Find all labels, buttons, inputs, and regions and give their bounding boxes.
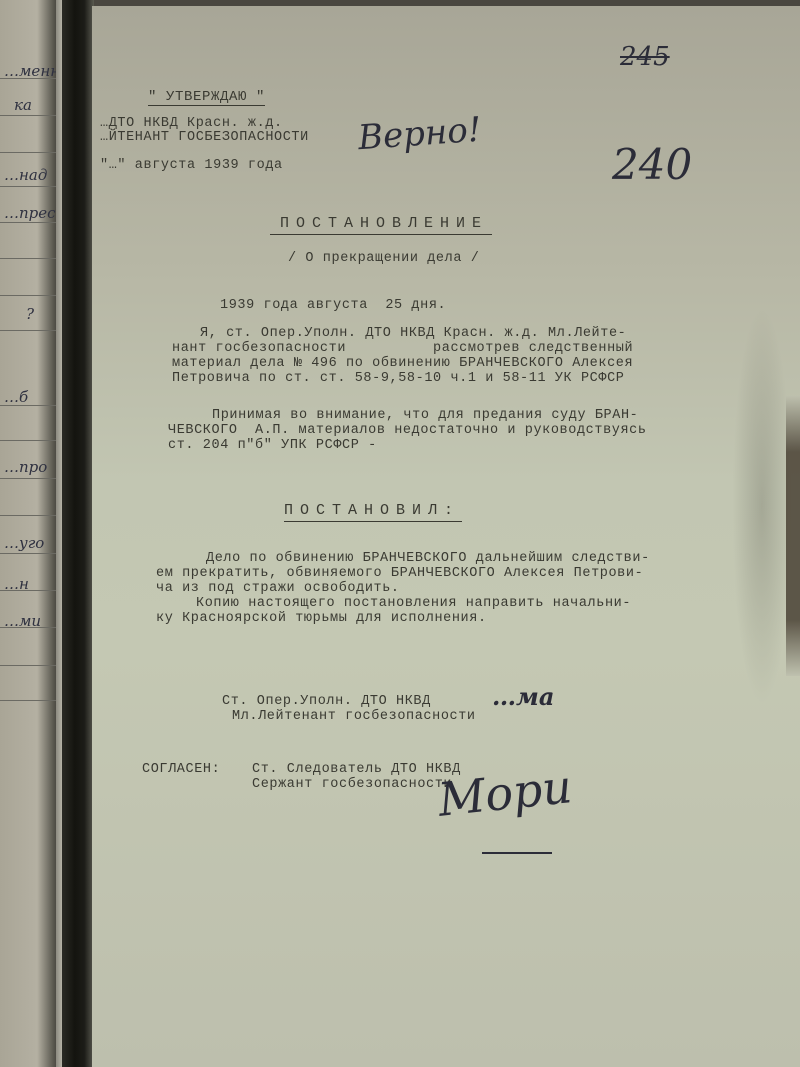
handwriting-fragment: …ми bbox=[4, 612, 41, 630]
resolved-heading: ПОСТАНОВИЛ: bbox=[284, 503, 462, 522]
approval-line-1: …ДТО НКВД Красн. ж.д. bbox=[100, 116, 283, 131]
intro-line: материал дела № 496 по обвинению БРАНЧЕВ… bbox=[172, 356, 633, 371]
handwriting-fragment: …менн bbox=[4, 62, 60, 80]
page-number-new: 240 bbox=[612, 140, 692, 189]
document-subtitle: / О прекращении дела / bbox=[288, 251, 479, 266]
document-title: ПОСТАНОВЛЕНИЕ bbox=[270, 216, 492, 235]
approval-line-2: …ЙТЕНАНТ ГОСБЕЗОПАСНОСТИ bbox=[100, 130, 309, 145]
resolution-line: ем прекратить, обвиняемого БРАНЧЕВСКОГО … bbox=[156, 566, 643, 581]
handwriting-fragment: …н bbox=[4, 575, 29, 593]
signature-1: …ма bbox=[492, 682, 554, 711]
considering-line: Принимая во внимание, что для предания с… bbox=[212, 408, 638, 423]
signatory-rank: Мл.Лейтенант госбезопасности bbox=[232, 709, 476, 724]
considering-line: ЧЕВСКОГО А.П. материалов недостаточно и … bbox=[168, 423, 647, 438]
handwriting-fragment: ? bbox=[26, 305, 34, 323]
resolution-line: ку Красноярской тюрьмы для исполнения. bbox=[156, 611, 487, 626]
document-date: 1939 года августа 25 дня. bbox=[220, 298, 446, 313]
signatory-title: Ст. Опер.Уполн. ДТО НКВД bbox=[222, 694, 431, 709]
right-edge-shadow bbox=[786, 396, 800, 676]
ink-bleed bbox=[732, 306, 792, 706]
handwriting-fragment: …уго bbox=[4, 534, 44, 552]
adjacent-page: …менн ка …над …прес ? …б …про …уго …н …м… bbox=[0, 0, 62, 1067]
considering-line: ст. 204 п"б" УПК РСФСР - bbox=[168, 438, 377, 453]
handwriting-fragment: …над bbox=[4, 166, 47, 184]
agreed-rank: Сержант госбезопасности bbox=[252, 777, 452, 792]
resolution-line: Копию настоящего постановления направить… bbox=[196, 596, 631, 611]
approval-label: " УТВЕРЖДАЮ " bbox=[148, 90, 265, 106]
handwriting-fragment: …прес bbox=[4, 204, 56, 222]
document-sheet: " УТВЕРЖДАЮ " …ДТО НКВД Красн. ж.д. …ЙТЕ… bbox=[92, 6, 800, 1067]
intro-line: Петровича по ст. ст. 58-9,58-10 ч.1 и 58… bbox=[172, 371, 624, 386]
intro-line: Я, ст. Опер.Уполн. ДТО НКВД Красн. ж.д. … bbox=[200, 326, 626, 341]
agreed-title: Ст. Следователь ДТО НКВД bbox=[252, 762, 461, 777]
handwriting-fragment: …про bbox=[4, 458, 47, 476]
page-number-crossed: 245 bbox=[620, 42, 670, 72]
agreed-label: СОГЛАСЕН: bbox=[142, 762, 220, 777]
resolution-line: ча из под стражи освободить. bbox=[156, 581, 400, 596]
resolution-line: Дело по обвинению БРАНЧЕВСКОГО дальнейши… bbox=[206, 551, 650, 566]
handwritten-note: Верно! bbox=[357, 110, 483, 159]
intro-line: нант госбезопасности рассмотрев следстве… bbox=[172, 341, 633, 356]
handwriting-fragment: …б bbox=[4, 388, 28, 406]
signature-underline bbox=[482, 852, 552, 854]
binding-spine bbox=[62, 0, 94, 1067]
handwriting-fragment: ка bbox=[14, 96, 32, 114]
approval-date: "…" августа 1939 года bbox=[100, 158, 283, 173]
